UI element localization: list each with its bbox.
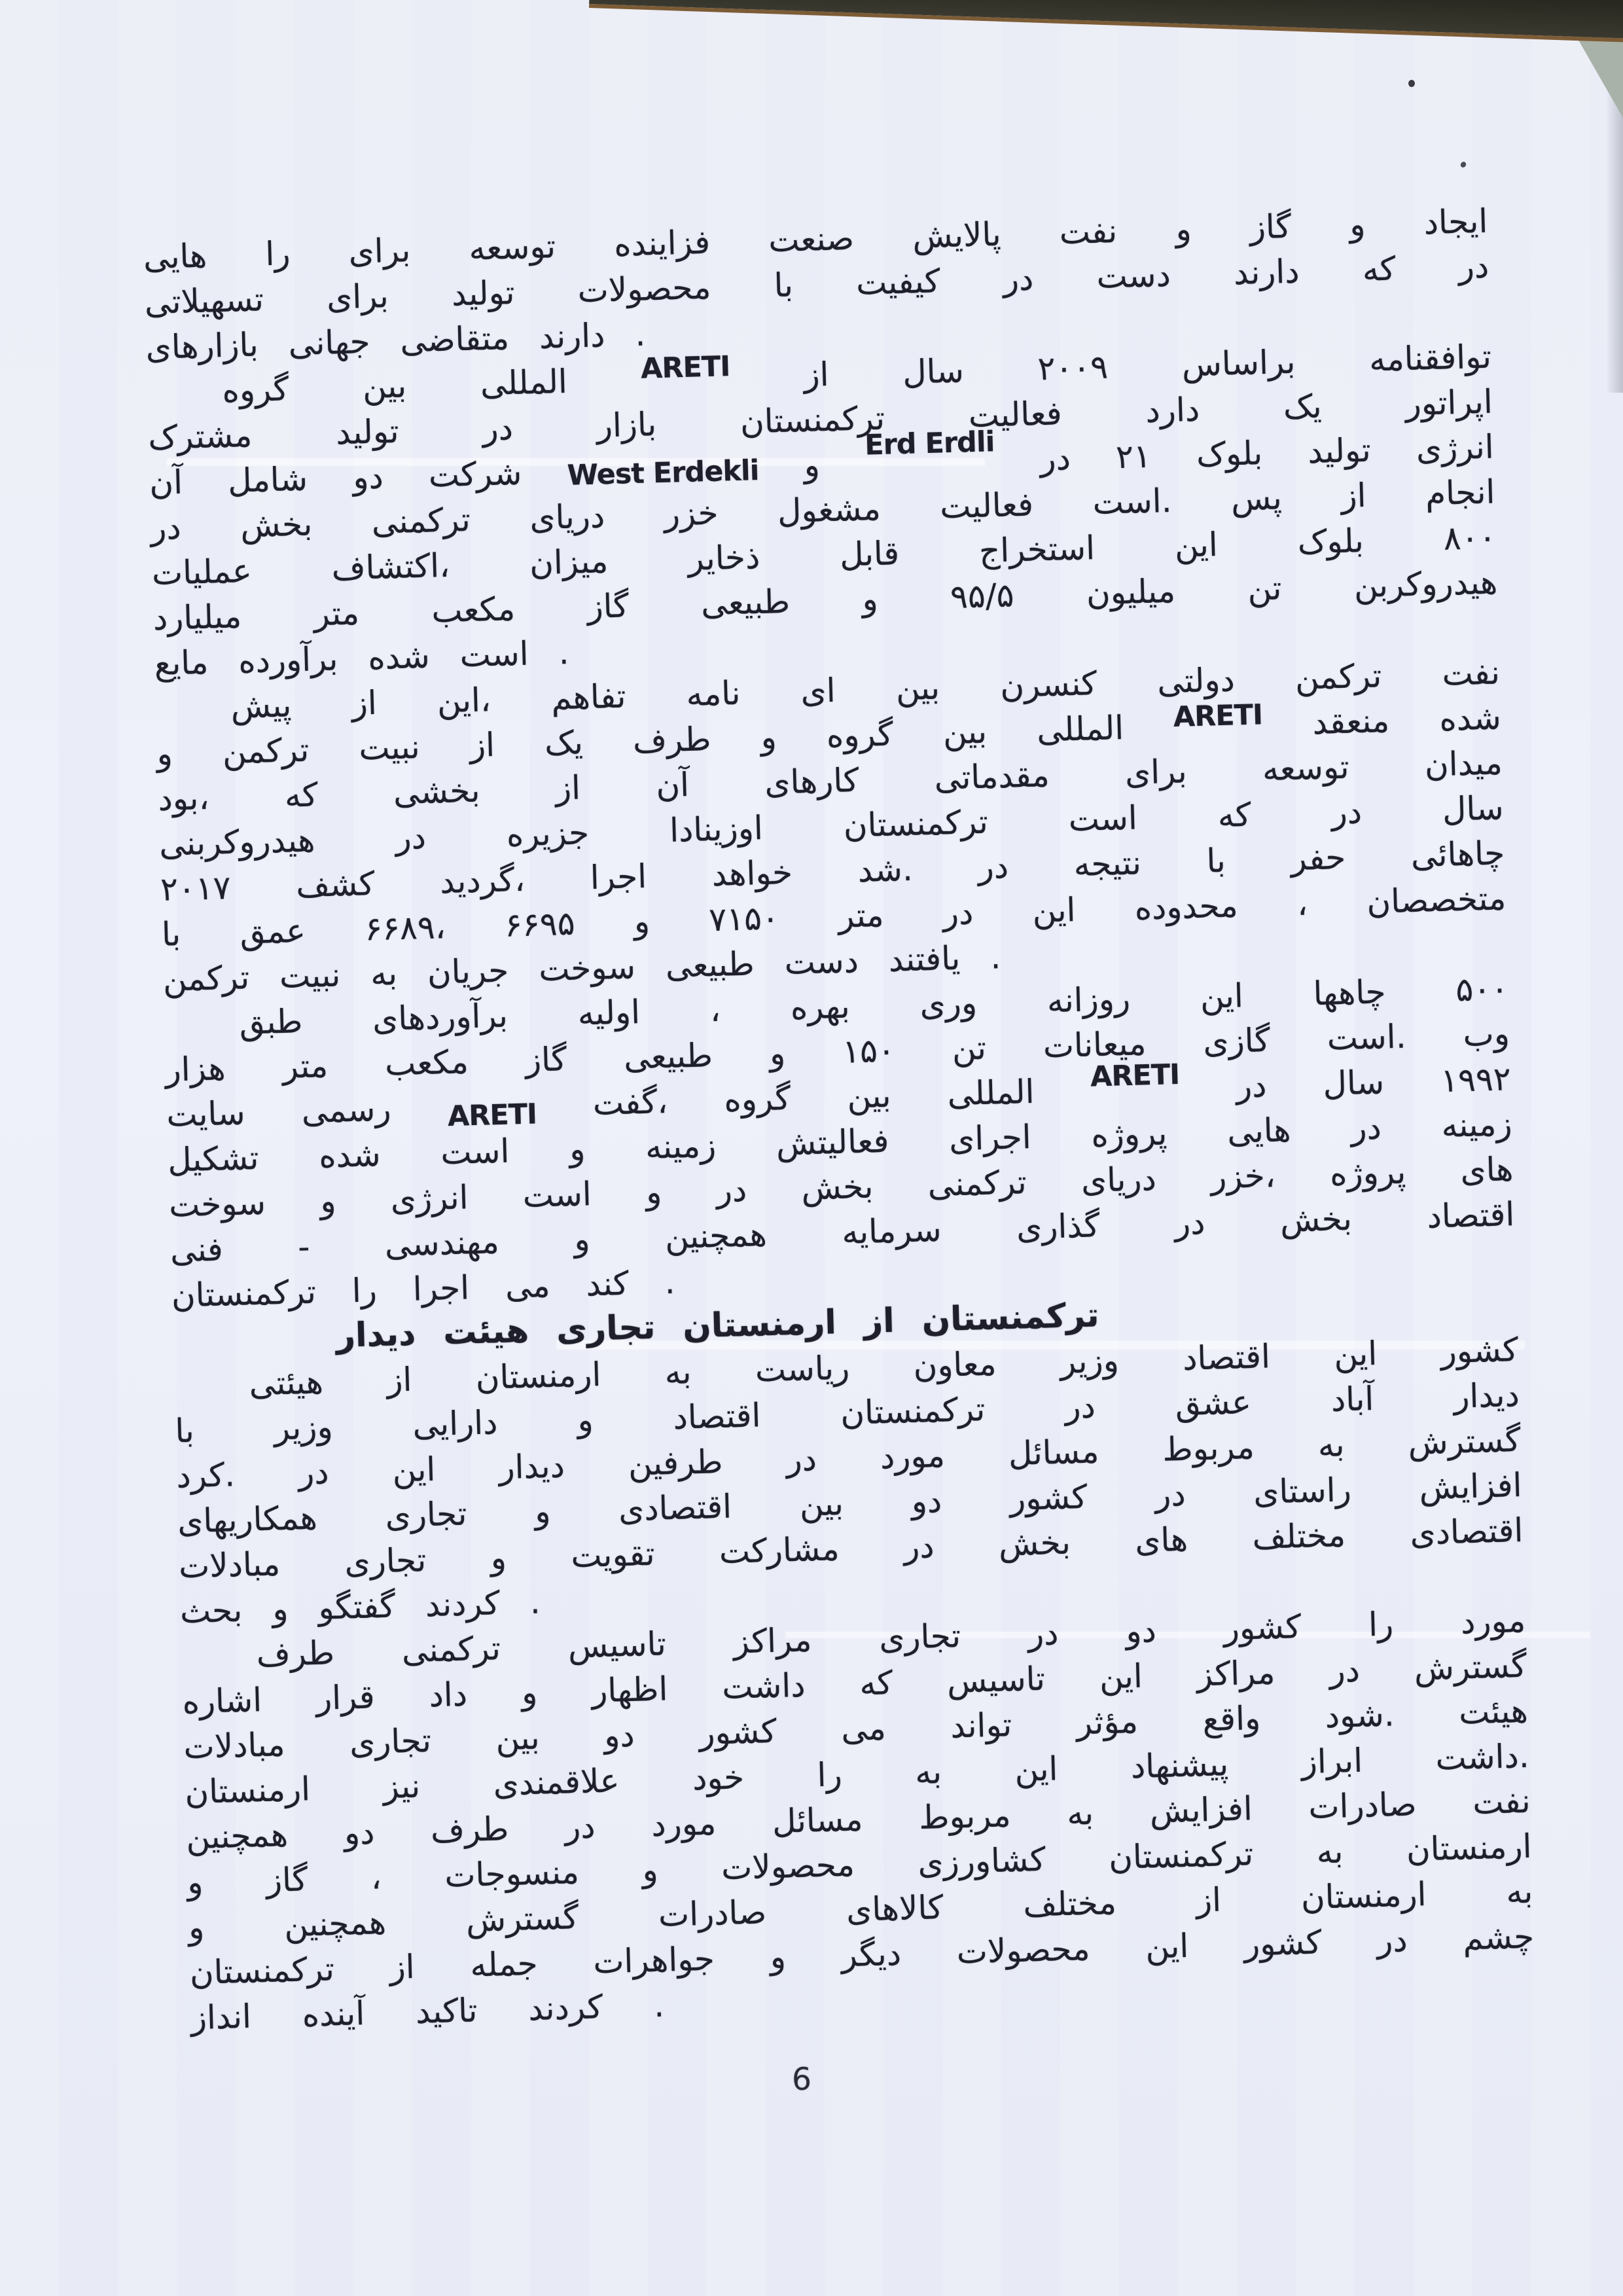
word: حفر [1291, 838, 1346, 877]
word: کشور [1243, 1923, 1322, 1963]
word: سال [1442, 789, 1504, 829]
word: را [351, 1271, 378, 1310]
word: از [555, 768, 581, 807]
word: های [1460, 1150, 1514, 1189]
word: وری [919, 984, 978, 1023]
word: از [1341, 476, 1367, 514]
word: در [1174, 1203, 1205, 1242]
word: مایع [154, 643, 209, 682]
word: است [459, 634, 529, 674]
word: مورد [651, 1804, 717, 1844]
word: در [942, 893, 974, 932]
word: کالاهای [846, 1888, 944, 1929]
word: در [395, 817, 427, 856]
word: تجاری [344, 1541, 427, 1581]
word: ARETI [640, 350, 730, 386]
word: در [1040, 439, 1071, 478]
word: ترکمن [222, 730, 310, 771]
word: منسوجات [444, 1853, 580, 1895]
word: دو [344, 1813, 375, 1852]
word: بین [942, 712, 988, 751]
word: معاون [913, 1344, 997, 1384]
word: که [1362, 249, 1396, 288]
word: اجرا [412, 1268, 470, 1308]
word: ارمنستان [475, 1355, 601, 1397]
word: و [573, 1220, 590, 1259]
word: ۹۵/۵ [950, 576, 1014, 616]
word: بازار [596, 405, 657, 444]
word: تولید [335, 412, 399, 452]
word: و [770, 1937, 787, 1976]
word: هیئتی [249, 1363, 324, 1403]
word: است [1068, 798, 1137, 838]
word: شده [368, 637, 431, 677]
word: کردند [528, 1988, 603, 2028]
word: خواهد [711, 853, 793, 893]
word: مکعب [384, 1043, 469, 1083]
word: گسترش [465, 1898, 579, 1939]
word: مسائل [1008, 1432, 1099, 1473]
word: این [1174, 526, 1218, 565]
word: کنسرن [999, 664, 1097, 705]
word: و [633, 902, 651, 941]
word: است [522, 1175, 592, 1215]
word: اجرا [590, 857, 647, 896]
word: گازی [1203, 1021, 1271, 1061]
word: شرکت [428, 454, 522, 494]
word: این [1200, 977, 1243, 1016]
word: همچنین [283, 1903, 386, 1944]
document-text: هاییرابرایتوسعهفزایندهصنعتپالایشنفتوگازو… [143, 198, 1536, 2041]
word: مسائل [772, 1800, 863, 1840]
word: بین [895, 668, 940, 708]
word: پیشنهاد [1130, 1745, 1229, 1785]
word: . [635, 315, 646, 353]
word: شد. [857, 850, 914, 889]
word: هیدروکربن [1353, 563, 1498, 605]
word: یک [544, 723, 583, 762]
word: خود [692, 1758, 745, 1797]
word: به [914, 1753, 942, 1791]
word: افزایش [1419, 1466, 1522, 1507]
word: به [1317, 1426, 1345, 1464]
word: ریاست [755, 1348, 850, 1389]
word: مقدماتی [934, 756, 1050, 797]
word: اقتصادی [618, 1487, 732, 1528]
word: ، [1296, 884, 1308, 922]
word: تواند [950, 1706, 1012, 1746]
word: توسعه [1262, 747, 1349, 788]
word: روزانه [1046, 979, 1131, 1019]
word: ۲۰۱۷ [160, 869, 231, 908]
word: اشاره [182, 1681, 262, 1721]
word: سال [902, 351, 965, 391]
word: در [1236, 1066, 1267, 1105]
word: ۲۰۰۹ [1037, 348, 1109, 387]
word: شود. [1325, 1695, 1395, 1735]
word: هیئت [1458, 1691, 1528, 1731]
word: خزر [664, 493, 719, 533]
word: عملیات [151, 551, 252, 592]
word: ، [709, 990, 721, 1028]
word: تاکید [415, 1991, 478, 2031]
word: به [664, 1353, 692, 1391]
word: به [370, 954, 397, 993]
word: دارایی [412, 1403, 498, 1443]
word: نفت [1472, 1782, 1531, 1821]
word: در [978, 847, 1009, 886]
word: کیفیت [855, 262, 940, 302]
word: جریان [427, 951, 509, 991]
word: فعالیت [940, 485, 1034, 526]
word: طرفین [628, 1443, 723, 1483]
word: گردید، [439, 860, 525, 900]
word: این، [437, 681, 491, 720]
word: برای [348, 231, 411, 271]
word: نامه [686, 673, 741, 713]
scanner-edge [589, 0, 1623, 46]
word: المللی [947, 1072, 1035, 1113]
word: تولید [1308, 431, 1372, 471]
word: و [577, 1401, 594, 1439]
word: اقتصادی [1410, 1511, 1524, 1552]
word: میلیارد [152, 597, 242, 637]
word: گروه [826, 715, 893, 755]
word: و [642, 1850, 659, 1889]
word: ARETI [1173, 698, 1262, 734]
word: بلوک [1297, 522, 1364, 562]
word: المللی [480, 362, 567, 403]
word: از [387, 1360, 413, 1399]
word: تجاری [878, 1617, 961, 1657]
word: ARETI [1090, 1058, 1179, 1093]
word: زمینه [1441, 1105, 1512, 1145]
word: کشور [698, 1712, 777, 1751]
word: جهانی [288, 322, 370, 362]
word: در [1329, 1651, 1361, 1689]
word: مشارکت [719, 1530, 840, 1571]
word: برآوردهای [372, 996, 508, 1038]
word: ارمنستان [682, 1303, 836, 1346]
word: متقاضی [400, 319, 510, 359]
word: و [490, 1539, 507, 1577]
word: در [482, 409, 514, 448]
word: هایی [1226, 1111, 1291, 1151]
word: چشم [1463, 1917, 1535, 1957]
word: تشکیل [168, 1139, 260, 1179]
word: صنعت [768, 219, 855, 259]
word: هیئت [442, 1312, 529, 1353]
word: مکعب [431, 590, 516, 630]
word: شامل [227, 459, 308, 499]
word: مربوط [1162, 1428, 1255, 1469]
word: در [1376, 1920, 1408, 1959]
word: ۶۶۸۹، [364, 908, 446, 948]
word: مختلف [1023, 1883, 1117, 1924]
word: - [298, 1227, 311, 1265]
word: بحث [179, 1590, 243, 1630]
word: و [1175, 209, 1192, 248]
word: شده [1439, 698, 1502, 738]
word: نبیت [279, 956, 341, 995]
word: زمینه [645, 1126, 716, 1166]
word: این [1333, 1334, 1377, 1373]
paper: هاییرابرایتوسعهفزایندهصنعتپالایشنفتوگازو… [0, 0, 1623, 2296]
word: ایجاد [1423, 202, 1488, 242]
word: این [1099, 1657, 1143, 1696]
word: اوزینادا [669, 809, 763, 850]
word: که [859, 1664, 893, 1702]
word: میدان [1424, 744, 1503, 783]
word: اقتصاد [673, 1396, 761, 1437]
word: با [1206, 841, 1226, 880]
word: براساس [1181, 342, 1296, 384]
word: دو [352, 457, 383, 496]
word: سال [1323, 1063, 1385, 1103]
word: فنی [169, 1230, 223, 1269]
word: میزان [529, 542, 609, 582]
word: ترکمنستان [171, 1272, 316, 1314]
word: چاهائی [1410, 834, 1505, 874]
word: تجاری [349, 1721, 431, 1761]
word: در [150, 508, 181, 547]
word: و [272, 1590, 289, 1628]
word: در [1027, 1614, 1059, 1653]
word: ۷۱۵۰ [709, 899, 780, 939]
word: مشترک [148, 416, 253, 456]
word: افزایش [1149, 1789, 1253, 1830]
word: تن [1247, 569, 1283, 607]
word: یک [1283, 387, 1322, 426]
word: طبیعی [623, 1036, 713, 1077]
word: تسهیلاتی [144, 280, 264, 321]
word: ترکمنی [401, 1629, 501, 1670]
word: است. [1092, 481, 1172, 521]
word: بهره [790, 987, 850, 1026]
word: ۲۱ [1115, 437, 1151, 475]
word: مبادلات [183, 1725, 285, 1766]
word: در [903, 1527, 935, 1566]
word: بخش [240, 505, 312, 545]
word: به [1316, 1832, 1344, 1871]
word: در [1331, 793, 1363, 831]
word: انرژی [390, 1178, 469, 1218]
word: از [389, 1948, 416, 1986]
word: گفت، [592, 1083, 668, 1122]
word: مهندسی [384, 1223, 499, 1264]
word: محصولات [956, 1929, 1090, 1971]
word: اظهار [591, 1670, 668, 1710]
word: کارهای [764, 761, 859, 802]
word: West Erdekli [567, 454, 759, 492]
word: سوخت [168, 1183, 266, 1224]
word: ترکمنستان [189, 1950, 334, 1992]
word: هایی [143, 236, 207, 276]
word: همچنین [186, 1816, 289, 1856]
word: پیش [230, 686, 292, 725]
word: گاز [266, 1860, 308, 1899]
word: همچنین [664, 1215, 767, 1256]
word: تولید [451, 273, 515, 313]
word: و [534, 1492, 551, 1531]
word: در [1350, 1108, 1382, 1147]
word: ترکمنستان [840, 1390, 986, 1432]
word: صادرات [1308, 1785, 1418, 1825]
word: محدوده [1134, 886, 1238, 927]
word: تاسیس [567, 1624, 666, 1665]
word: دست [1096, 255, 1171, 295]
word: قابل [839, 534, 899, 573]
word: کردند [425, 1584, 500, 1624]
word: دو [911, 1481, 942, 1520]
word: در [1458, 247, 1489, 285]
word: در [564, 1807, 596, 1846]
word: بین [362, 367, 407, 406]
word: سوخت [538, 948, 635, 988]
word: نبیت [359, 728, 421, 767]
word: فعالیتش [776, 1121, 889, 1162]
word: بین [847, 1076, 892, 1115]
word: تاسیس [946, 1659, 1045, 1700]
word: را [1368, 1605, 1394, 1643]
word: این [1014, 1749, 1058, 1789]
scan-page: { "page": { "number": "6", "paper_color"… [0, 0, 1623, 2296]
word: دریای [1080, 1159, 1156, 1199]
word: تن [952, 1028, 987, 1067]
word: بازارهای [145, 325, 259, 367]
word: کشور [1440, 1331, 1519, 1371]
word: مورد [1460, 1601, 1526, 1641]
word: بود، [158, 778, 210, 817]
word: المللی [1036, 709, 1124, 749]
word: مورد [880, 1436, 946, 1476]
word: انداز [190, 1997, 252, 2036]
word: بلوک [1196, 434, 1263, 474]
word: نفت [1442, 653, 1501, 692]
word: دریای [529, 497, 605, 537]
word: گسترش [1408, 1421, 1522, 1462]
word: و [187, 1863, 204, 1901]
word: از [351, 683, 378, 722]
word: در [298, 1453, 329, 1492]
word: و [569, 1130, 586, 1168]
word: و [760, 718, 777, 757]
word: کند [586, 1264, 630, 1303]
word: دیدار [336, 1315, 416, 1355]
word: کشف [295, 865, 375, 905]
word: طبیعی [700, 582, 790, 622]
word: دارد [1145, 390, 1200, 429]
word: از [469, 726, 495, 764]
word: ای [800, 671, 836, 709]
word: در [716, 1170, 747, 1209]
word: اقتصاد [1182, 1337, 1270, 1378]
word: اکتشاف، [331, 546, 450, 587]
word: می [840, 1709, 886, 1748]
word: وزیر [274, 1408, 333, 1447]
word: ترکمن [162, 958, 250, 999]
word: رسمی [301, 1090, 391, 1130]
word: طرف [256, 1634, 335, 1674]
word: تفاهم [550, 677, 626, 717]
word: طبق [239, 1002, 303, 1042]
word: در [1003, 259, 1034, 298]
word: . [990, 938, 1001, 976]
word: و [319, 1181, 336, 1220]
paper-speck [1408, 80, 1415, 87]
word: و [188, 1908, 205, 1946]
word: ترکمنستان [740, 399, 885, 440]
word: توسعه [469, 227, 556, 268]
word: ترکمنی [927, 1163, 1027, 1204]
word: و [804, 446, 821, 484]
word: دیگر [841, 1934, 902, 1973]
word: طرف [632, 720, 711, 760]
word: است. [1327, 1017, 1406, 1057]
word: Erd Erdli [865, 425, 995, 461]
word: یافتند [888, 939, 961, 978]
word: گسترش [1414, 1646, 1527, 1687]
word: داشت. [1435, 1736, 1530, 1777]
word: دو [1126, 1611, 1157, 1650]
word: گاز [525, 1040, 567, 1079]
word: مشغول [777, 489, 881, 529]
word: علاقمندی [493, 1761, 620, 1803]
word: نتیجه [1073, 844, 1142, 884]
word: و [156, 734, 173, 773]
word: و [645, 1173, 662, 1211]
word: می [505, 1266, 550, 1306]
word: طرف [430, 1810, 509, 1850]
word: پس [1230, 478, 1282, 518]
word: جزیره [506, 814, 590, 853]
word: . [664, 1263, 675, 1300]
word: کشور [1009, 1477, 1088, 1517]
word: فزاینده [613, 223, 710, 263]
word: آن [149, 463, 183, 501]
word: متخصصان [1366, 879, 1507, 921]
paper-speck [1459, 161, 1467, 169]
word: نیز [383, 1767, 421, 1806]
word: انجام [1425, 473, 1495, 512]
word: ترکمنی [371, 500, 471, 541]
page-number: 6 [792, 2062, 811, 2098]
word: بین [799, 1484, 844, 1524]
word: . [558, 633, 569, 671]
word: عشق [1175, 1383, 1252, 1423]
word: از [804, 355, 830, 394]
word: عمق [240, 911, 306, 951]
word: با [774, 266, 794, 304]
word: مراکز [1196, 1653, 1275, 1693]
word: به [1506, 1872, 1533, 1910]
word: در [1154, 1475, 1186, 1513]
word: جمله [470, 1944, 539, 1984]
word: ۵۰۰ [1455, 969, 1509, 1009]
word: پروژه [1091, 1114, 1168, 1154]
word: دیدار [499, 1446, 565, 1486]
word: تجاری [385, 1494, 467, 1534]
word: آباد [1330, 1380, 1374, 1419]
word: آن [656, 766, 690, 804]
word: ، [370, 1858, 382, 1896]
word: گروه [222, 370, 289, 410]
word: هزار [165, 1049, 226, 1088]
word: کرد. [176, 1456, 236, 1495]
word: توافقنامه [1368, 337, 1491, 378]
word: در [1064, 1387, 1096, 1426]
word: پروژه [1329, 1153, 1406, 1193]
